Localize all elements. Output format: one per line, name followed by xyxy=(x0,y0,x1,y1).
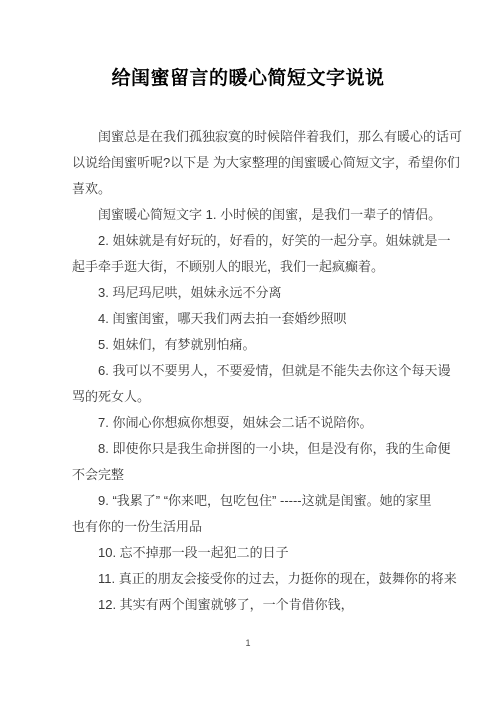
paragraph: 闺蜜总是在我们孤独寂寞的时候陪伴着我们，那么有暖心的话可 以说给闺蜜听呢?以下是… xyxy=(72,124,460,202)
paragraph: 7. 你闹心你想疯你想耍，姐妹会二话不说陪你。 xyxy=(72,410,460,436)
paragraph: 12. 其实有两个闺蜜就够了，一个肯借你钱， xyxy=(72,592,460,618)
paragraph: 2. 姐妹就是有好玩的，好看的，好笑的一起分享。姐妹就是一 起手牵手逛大街，不顾… xyxy=(72,228,460,280)
paragraph: 3. 玛尼玛尼哄，姐妹永远不分离 xyxy=(72,280,460,306)
paragraph-list: 闺蜜总是在我们孤独寂寞的时候陪伴着我们，那么有暖心的话可 以说给闺蜜听呢?以下是… xyxy=(0,124,496,618)
paragraph: 5. 姐妹们，有梦就别怕痛。 xyxy=(72,332,460,358)
paragraph: 6. 我可以不要男人，不要爱情，但就是不能失去你这个每天谩 骂的死女人。 xyxy=(72,358,460,410)
paragraph: 9. “我累了” “你来吧，包吃包住” -----这就是闺蜜。她的家里 也有你的… xyxy=(72,488,460,540)
paragraph: 8. 即使你只是我生命拼图的一小块，但是没有你，我的生命便 不会完整 xyxy=(72,436,460,488)
paragraph: 10. 忘不掉那一段一起犯二的日子 xyxy=(72,540,460,566)
paragraph: 11. 真正的朋友会接受你的过去，力挺你的现在，鼓舞你的将来 xyxy=(72,566,460,592)
paragraph: 闺蜜暖心简短文字 1. 小时候的闺蜜，是我们一辈子的情侣。 xyxy=(72,202,460,228)
document-title: 给闺蜜留言的暖心简短文字说说 xyxy=(0,64,496,94)
page-number: 1 xyxy=(0,637,496,649)
document-page: 给闺蜜留言的暖心简短文字说说 闺蜜总是在我们孤独寂寞的时候陪伴着我们，那么有暖心… xyxy=(0,0,496,702)
paragraph: 4. 闺蜜闺蜜，哪天我们两去拍一套婚纱照呗 xyxy=(72,306,460,332)
